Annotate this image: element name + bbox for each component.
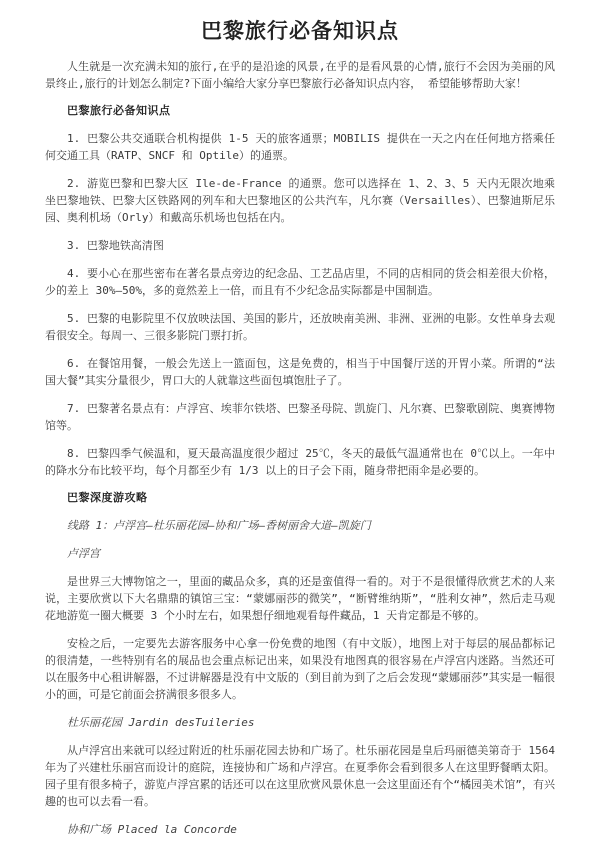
tip-item-1: 1. 巴黎公共交通联合机构提供 1-5 天的旅客通票；MOBILIS 提供在一天…	[45, 130, 555, 164]
route-line: 线路 1：卢浮宫—杜乐丽花园—协和广场—香树丽舍大道—凯旋门	[45, 517, 555, 534]
document-page: 巴黎旅行必备知识点 人生就是一次充满未知的旅行,在乎的是沿途的风景,在乎的是看风…	[0, 0, 600, 849]
tuileries-paragraph: 从卢浮宫出来就可以经过附近的杜乐丽花园去协和广场了。杜乐丽花园是皇后玛丽德美第奇…	[45, 742, 555, 810]
section1-heading: 巴黎旅行必备知识点	[45, 103, 555, 119]
tip-item-5: 5. 巴黎的电影院里不仅放映法国、美国的影片，还放映南美洲、非洲、亚洲的电影。女…	[45, 310, 555, 344]
louvre-paragraph-1: 是世界三大博物馆之一，里面的藏品众多，真的还是蛮值得一看的。对于不是很懂得欣赏艺…	[45, 573, 555, 624]
tip-item-7: 7. 巴黎著名景点有：卢浮宫、埃菲尔铁塔、巴黎圣母院、凯旋门、凡尔赛、巴黎歌剧院…	[45, 400, 555, 434]
tip-item-4: 4. 要小心在那些密布在著名景点旁边的纪念品、工艺品店里，不同的店相同的货会相差…	[45, 265, 555, 299]
tip-item-6: 6. 在餐馆用餐，一般会先送上一篮面包，这是免费的，相当于中国餐厅送的开胃小菜。…	[45, 355, 555, 389]
page-title: 巴黎旅行必备知识点	[45, 18, 555, 44]
tip-item-3: 3. 巴黎地铁高清图	[45, 237, 555, 254]
subsection-title-louvre: 卢浮宫	[45, 545, 555, 562]
tip-item-2: 2. 游览巴黎和巴黎大区 Ile-de-France 的通票。您可以选择在 1、…	[45, 175, 555, 226]
tip-item-8: 8. 巴黎四季气候温和，夏天最高温度很少超过 25℃，冬天的最低气温通常也在 0…	[45, 445, 555, 479]
section2-heading: 巴黎深度游攻略	[45, 490, 555, 506]
subsection-title-concorde: 协和广场 Placed la Concorde	[45, 821, 555, 838]
subsection-title-tuileries: 杜乐丽花园 Jardin desTuileries	[45, 714, 555, 731]
intro-paragraph: 人生就是一次充满未知的旅行,在乎的是沿途的风景,在乎的是看风景的心情,旅行不会因…	[45, 58, 555, 92]
louvre-paragraph-2: 安检之后，一定要先去游客服务中心拿一份免费的地图（有中文版），地图上对于每层的展…	[45, 635, 555, 703]
